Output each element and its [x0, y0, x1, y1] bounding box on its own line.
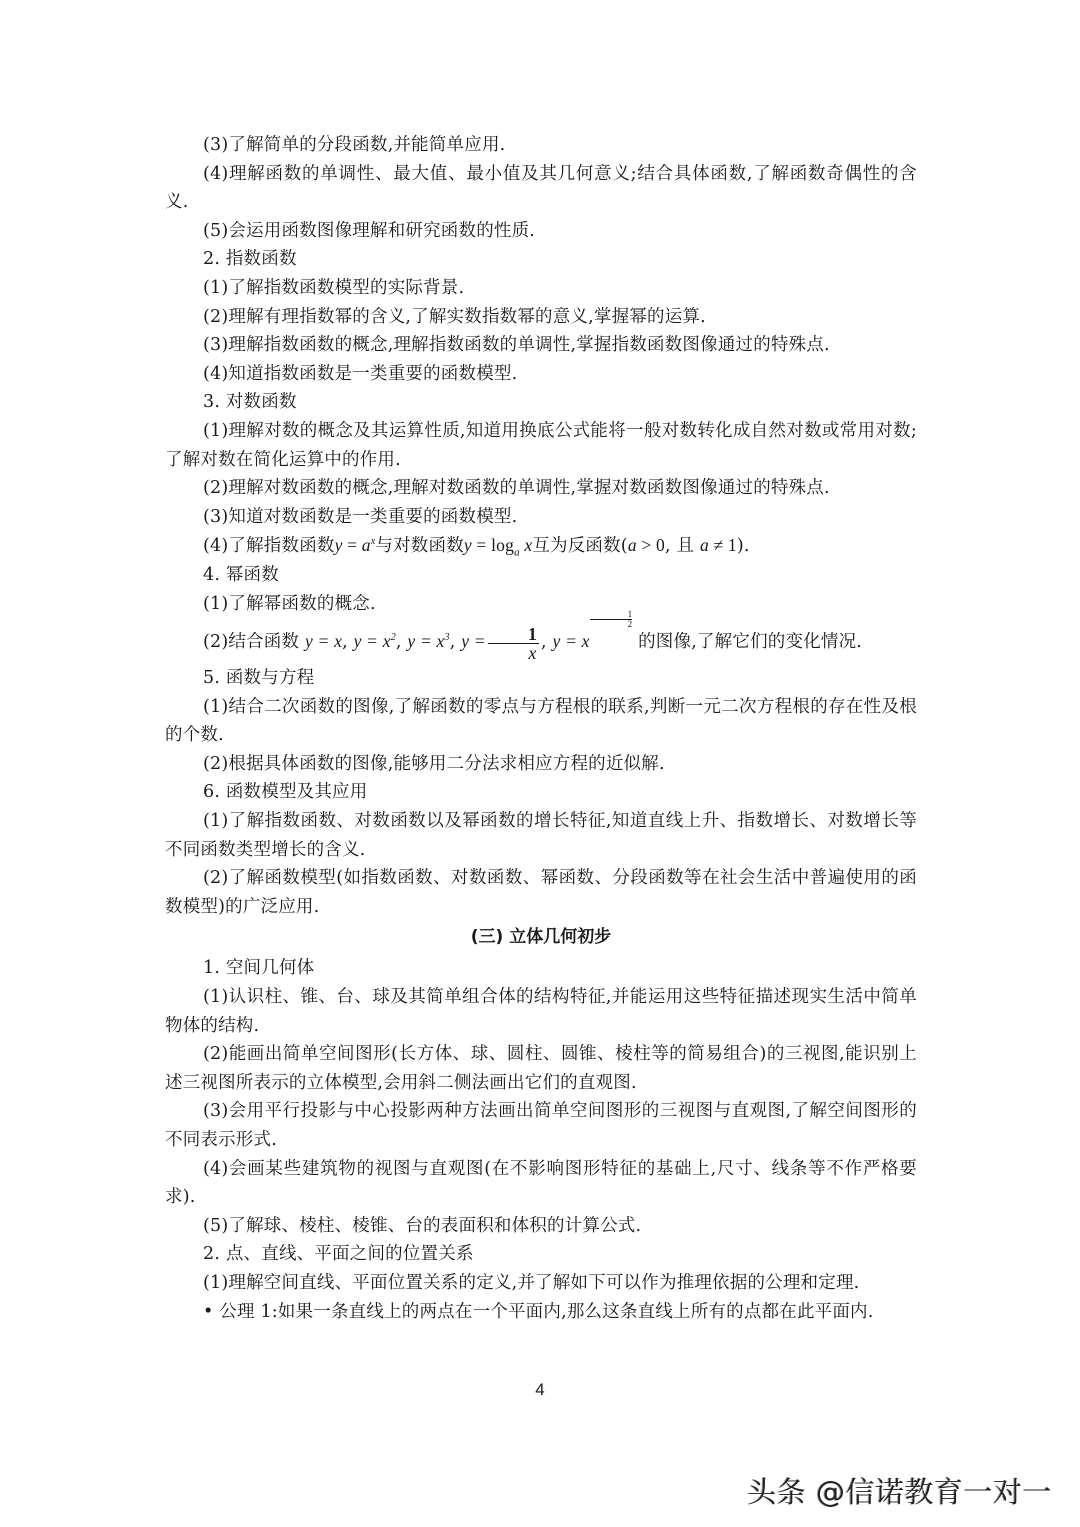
item-three-views: (2)能画出简单空间图形(长方体、球、圆柱、圆锥、棱柱等的简易组合)的三视图,能… — [165, 1040, 917, 1097]
heading-spatial-solids: 1. 空间几何体 — [165, 954, 917, 983]
heading-function-models: 6. 函数模型及其应用 — [165, 778, 917, 807]
item-graph-properties: (5)会运用函数图像理解和研究函数的性质. — [165, 217, 917, 246]
item-exp-rational-power: (2)理解有理指数幂的含义,了解实数指数幂的意义,掌握幂的运算. — [165, 303, 917, 332]
heading-exponential-function: 2. 指数函数 — [165, 245, 917, 274]
formula-y-x-cubed: y = x3 — [407, 631, 449, 651]
heading-power-function: 4. 幂函数 — [165, 561, 917, 590]
formula-exponential: y = ax — [335, 535, 376, 555]
item-inverse-functions: (4)了解指数函数y = ax与对数函数y = loga x互为反函数(a > … — [165, 531, 917, 561]
document-body: (3)了解简单的分段函数,并能简单应用. (4)理解函数的单调性、最大值、最小值… — [165, 131, 917, 1326]
heading-function-equation: 5. 函数与方程 — [165, 664, 917, 693]
page-number: 4 — [0, 1380, 1080, 1400]
item-power-concept: (1)了解幂函数的概念. — [165, 590, 917, 619]
heading-logarithmic-function: 3. 对数函数 — [165, 388, 917, 417]
item-exp-model: (4)知道指数函数是一类重要的函数模型. — [165, 360, 917, 389]
watermark: 头条 @信诺教育一对一 — [747, 1470, 1052, 1511]
item-positional-relations: (1)理解空间直线、平面位置关系的定义,并了解如下可以作为推理依据的公理和定理. — [165, 1269, 917, 1298]
item-log-function-concept: (2)理解对数函数的概念,理解对数函数的单调性,掌握对数函数图像通过的特殊点. — [165, 474, 917, 503]
formula-condition: a > 0 — [628, 535, 665, 555]
item-power-graphs: (2)结合函数 y = x, y = x2, y = x3, y =1x, y … — [165, 618, 917, 664]
item-model-applications: (2)了解函数模型(如指数函数、对数函数、幂函数、分段函数等在社会生活中普遍使用… — [165, 864, 917, 921]
formula-logarithm: y = loga x — [464, 535, 532, 555]
item-log-model: (3)知道对数函数是一类重要的函数模型. — [165, 503, 917, 532]
item-log-concept: (1)理解对数的概念及其运算性质,知道用换底公式能将一般对数转化成自然对数或常用… — [165, 417, 917, 474]
item-monotonicity: (4)理解函数的单调性、最大值、最小值及其几何意义;结合具体函数,了解函数奇偶性… — [165, 160, 917, 217]
formula-y-x: y = x — [305, 631, 342, 651]
heading-point-line-plane: 2. 点、直线、平面之间的位置关系 — [165, 1240, 917, 1269]
item-piecewise-function: (3)了解简单的分段函数,并能简单应用. — [165, 131, 917, 160]
item-axiom-1: • 公理 1:如果一条直线上的两点在一个平面内,那么这条直线上所有的点都在此平面… — [165, 1298, 917, 1327]
item-surface-volume: (5)了解球、棱柱、棱锥、台的表面积和体积的计算公式. — [165, 1212, 917, 1241]
item-exp-concept: (3)理解指数函数的概念,理解指数函数的单调性,掌握指数函数图像通过的特殊点. — [165, 331, 917, 360]
item-building-views: (4)会画某些建筑物的视图与直观图(在不影响图形特征的基础上,尺寸、线条等不作严… — [165, 1155, 917, 1212]
item-structure-features: (1)认识柱、锥、台、球及其简单组合体的结构特征,并能运用这些特征描述现实生活中… — [165, 983, 917, 1040]
item-growth-features: (1)了解指数函数、对数函数以及幂函数的增长特征,知道直线上升、指数增长、对数增… — [165, 807, 917, 864]
item-projection: (3)会用平行投影与中心投影两种方法画出简单空间图形的三视图与直观图,了解空间图… — [165, 1097, 917, 1154]
item-exp-background: (1)了解指数函数模型的实际背景. — [165, 274, 917, 303]
formula-y-reciprocal: y =1x — [461, 631, 541, 651]
item-zeros-roots: (1)结合二次函数的图像,了解函数的零点与方程根的联系,判断一元二次方程根的存在… — [165, 693, 917, 750]
item-bisection-method: (2)根据具体函数的图像,能够用二分法求相应方程的近似解. — [165, 750, 917, 779]
section-title-solid-geometry: (三) 立体几何初步 — [165, 921, 917, 954]
formula-y-x-squared: y = x2 — [354, 631, 396, 651]
formula-y-sqrt: y = x12 — [553, 631, 633, 651]
